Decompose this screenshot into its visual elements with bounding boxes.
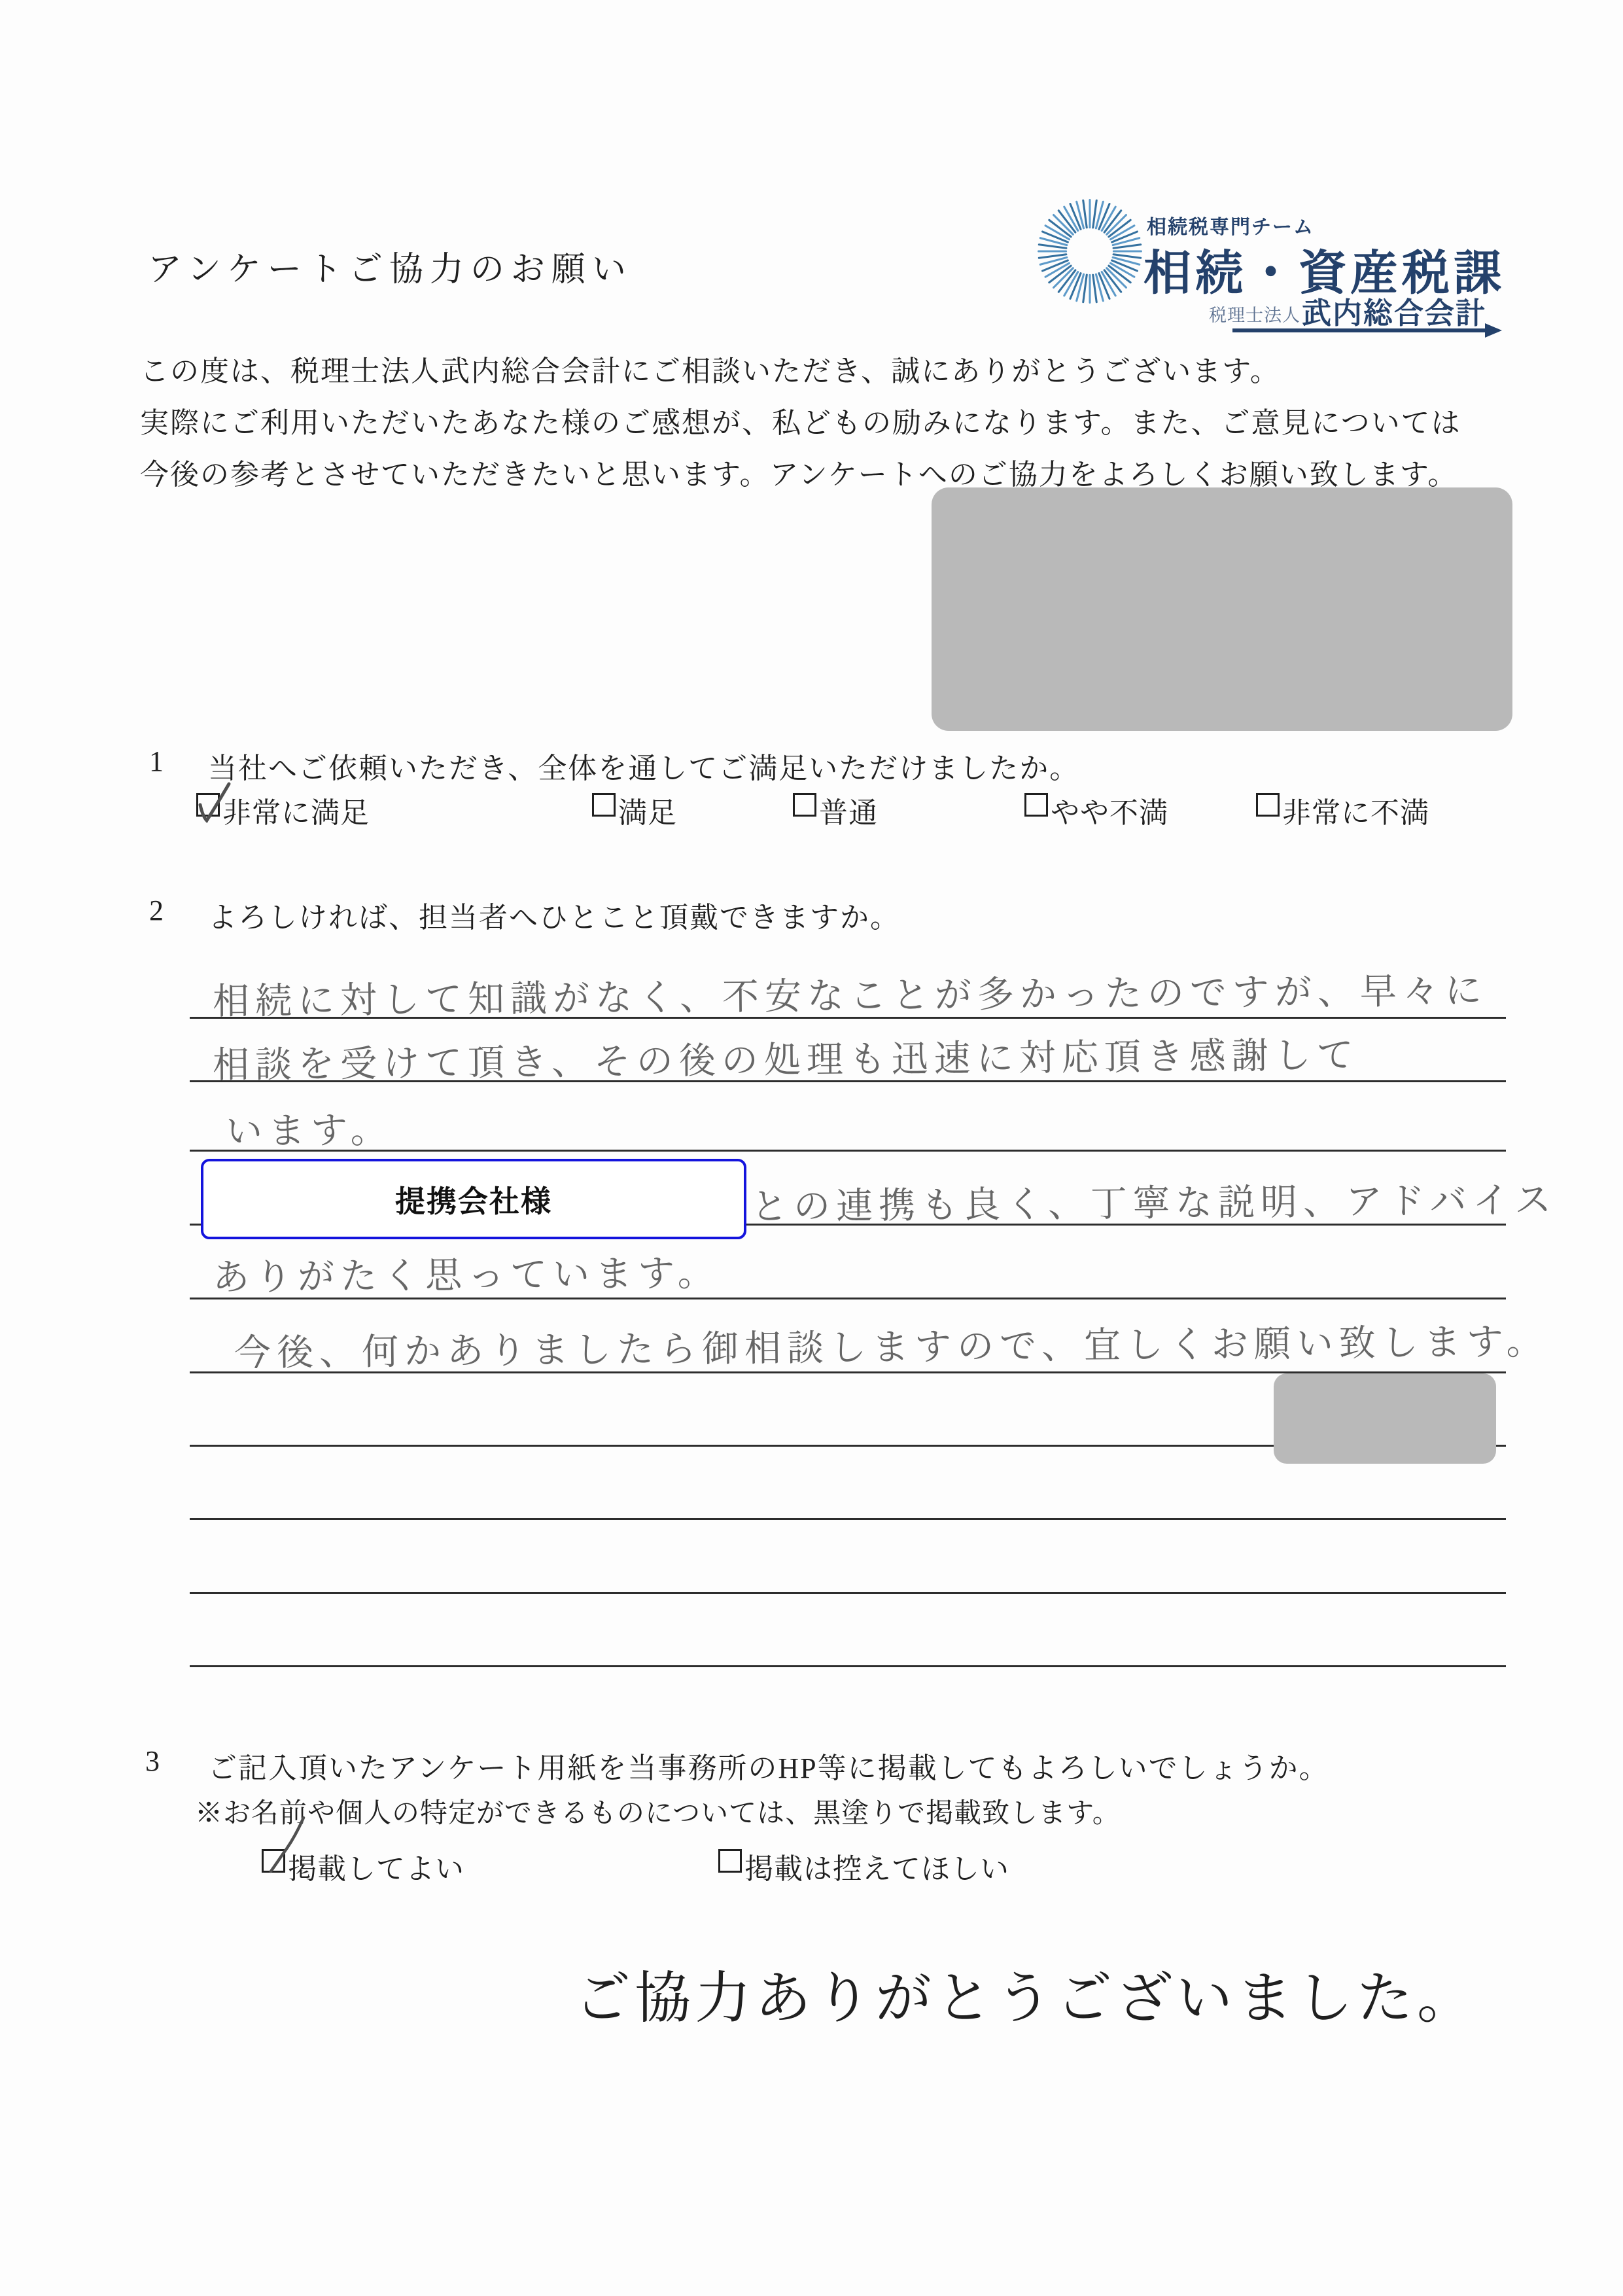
checkbox-icon[interactable] [1256, 793, 1280, 817]
closing-message: ご協力ありがとうございました。 [574, 1952, 1477, 2034]
handwritten-text: との連携も良く、丁寧な説明、アドバイス [751, 1171, 1558, 1231]
handwritten-check-stroke [194, 779, 239, 831]
question-number: 2 [149, 894, 164, 927]
ruled-line [190, 1518, 1506, 1520]
checkbox-icon[interactable] [793, 793, 816, 817]
checkbox-icon[interactable] [592, 793, 616, 817]
q3-note: ※お名前や個人の特定ができるものについては、黒塗りで掲載致します。 [195, 1792, 1121, 1831]
option-label: 満足 [618, 789, 677, 831]
partner-annotation-label: 提携会社様 [395, 1178, 552, 1221]
sunburst-logo-icon [1035, 196, 1145, 306]
arrow-right-icon [1231, 321, 1506, 340]
q3-option-decline-publish[interactable]: 掲載は控えてほしい [718, 1845, 1009, 1887]
handwritten-text: ありがたく思っています。 [213, 1245, 720, 1301]
option-label: 掲載は控えてほしい [744, 1845, 1009, 1887]
q1-option-satisfied[interactable]: 満足 [592, 789, 677, 831]
option-label: やや不満 [1051, 789, 1168, 831]
q1-option-neutral[interactable]: 普通 [793, 789, 878, 831]
ruled-line [190, 1592, 1506, 1594]
scanned-survey-page: アンケートご協力のお願い 相続税専門チーム [0, 0, 1623, 2296]
handwritten-text: 相談を受けて頂き、その後の処理も迅速に対応頂き感謝して [213, 1026, 1359, 1088]
q1-option-somewhat-dissatisfied[interactable]: やや不満 [1024, 789, 1168, 831]
question-text: ご記入頂いたアンケート用紙を当事務所のHP等に掲載してもよろしいでしょうか。 [208, 1744, 1329, 1786]
question-number: 1 [149, 745, 164, 778]
redaction-box-small [1274, 1373, 1496, 1464]
question-number: 3 [145, 1744, 160, 1778]
question-text: 当社へご依頼いただき、全体を通してご満足いただけましたか。 [208, 745, 1079, 786]
handwritten-text: います。 [226, 1101, 393, 1155]
option-label: 非常に満足 [222, 789, 370, 831]
ruled-line [190, 1665, 1506, 1667]
handwritten-text: 今後、何かありましたら御相談しますので、宜しくお願い致します。 [234, 1313, 1549, 1377]
handwritten-check-stroke [263, 1814, 312, 1876]
checkbox-icon[interactable] [718, 1849, 742, 1873]
page-title: アンケートご協力のお願い [148, 241, 633, 291]
intro-paragraph: この度は、税理士法人武内総合会計にご相談いただき、誠にありがとうございます。 実… [140, 345, 1461, 501]
option-label: 普通 [819, 789, 878, 831]
partner-annotation-box: 提携会社様 [201, 1159, 746, 1239]
question-text: よろしければ、担当者へひとこと頂戴できますか。 [208, 894, 900, 936]
intro-line: この度は、税理士法人武内総合会計にご相談いただき、誠にありがとうございます。 [140, 345, 1461, 397]
q1-option-very-dissatisfied[interactable]: 非常に不満 [1256, 789, 1429, 831]
intro-line: 実際にご利用いただいたあなた様のご感想が、私どもの励みになります。また、ご意見に… [140, 397, 1461, 449]
redaction-box-large [932, 487, 1512, 731]
handwritten-text: 相続に対して知識がなく、不安なことが多かったのですが、早々に [213, 961, 1488, 1025]
option-label: 掲載してよい [288, 1845, 464, 1887]
option-label: 非常に不満 [1282, 789, 1429, 831]
checkbox-icon[interactable] [1024, 793, 1048, 817]
